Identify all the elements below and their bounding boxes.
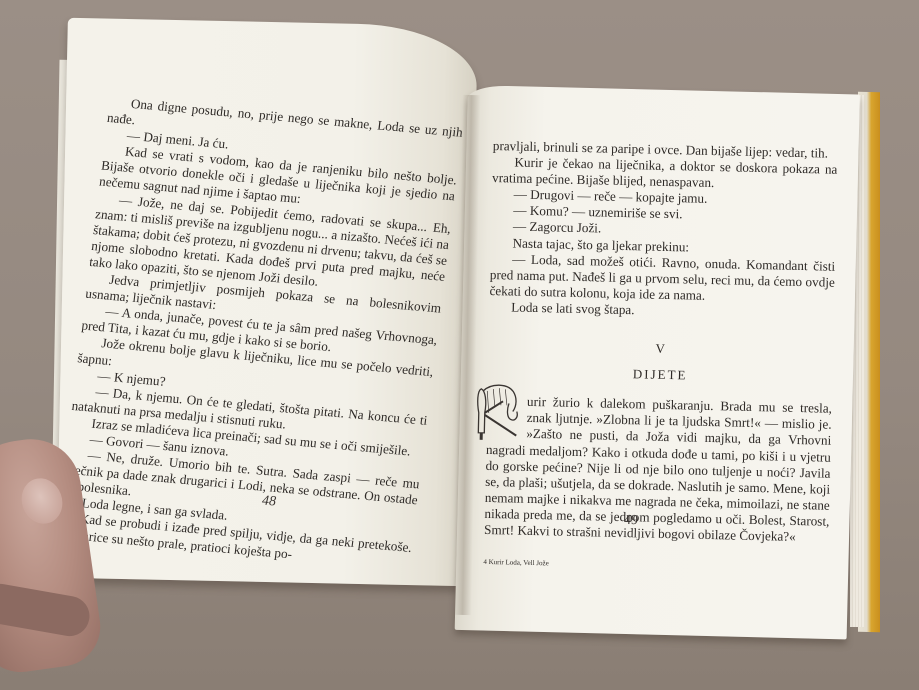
book-photo: Ona digne posudu, no, prije nego se makn…: [0, 0, 919, 690]
illustrated-dropcap-icon: K: [472, 383, 523, 440]
right-page-text: pravljali, brinuli se za paripe i ovce. …: [483, 138, 838, 578]
page-number-left: 48: [261, 494, 276, 511]
chapter-number: V: [488, 337, 833, 361]
paragraph: urir žurio k dalekom puškaranju. Brada m…: [484, 393, 832, 546]
chapter-title: DIJETE: [488, 363, 833, 387]
chapter-opening: K urir žurio k dalekom puškaranju. Brada…: [484, 393, 832, 546]
paragraph: — Loda, sad možeš otići. Ravno, onuda. K…: [489, 251, 835, 307]
left-page-text: Ona digne posudu, no, prije nego se makn…: [55, 94, 464, 572]
page-number-right: 49: [624, 513, 638, 529]
